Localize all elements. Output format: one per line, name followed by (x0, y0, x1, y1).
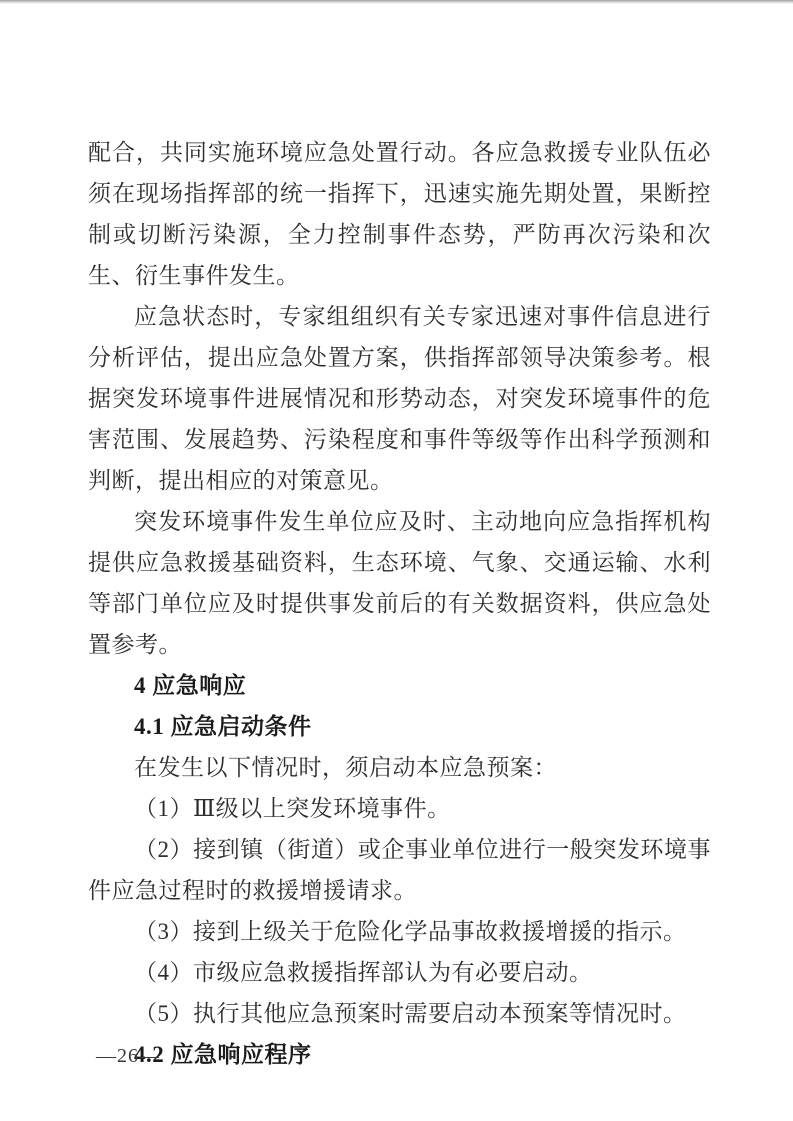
paragraph: 突发环境事件发生单位应及时、主动地向应急指挥机构提供应急救援基础资料，生态环境、… (88, 501, 711, 665)
list-item-4: （4）市级应急救援指挥部认为有必要启动。 (88, 952, 711, 993)
section-heading-4-1: 4.1 应急启动条件 (88, 706, 711, 747)
list-item-5: （5）执行其他应急预案时需要启动本预案等情况时。 (88, 993, 711, 1034)
section-heading-4: 4 应急响应 (88, 665, 711, 706)
list-item-1: （1）Ⅲ级以上突发环境事件。 (88, 788, 711, 829)
document-content: 配合，共同实施环境应急处置行动。各应急救援专业队伍必须在现场指挥部的统一指挥下，… (88, 132, 711, 1075)
section-heading-4-2: 4.2 应急响应程序 (88, 1034, 711, 1075)
paragraph: 在发生以下情况时，须启动本应急预案： (88, 747, 711, 788)
list-item-2: （2）接到镇（街道）或企事业单位进行一般突发环境事件应急过程时的救援增援请求。 (88, 829, 711, 911)
paragraph-continued: 配合，共同实施环境应急处置行动。各应急救援专业队伍必须在现场指挥部的统一指挥下，… (88, 132, 711, 296)
paragraph: 应急状态时，专家组组织有关专家迅速对事件信息进行分析评估，提出应急处置方案，供指… (88, 296, 711, 501)
scan-edge-artifact (0, 0, 793, 4)
page-number: —26— (96, 1042, 160, 1070)
list-item-3: （3）接到上级关于危险化学品事故救援增援的指示。 (88, 911, 711, 952)
